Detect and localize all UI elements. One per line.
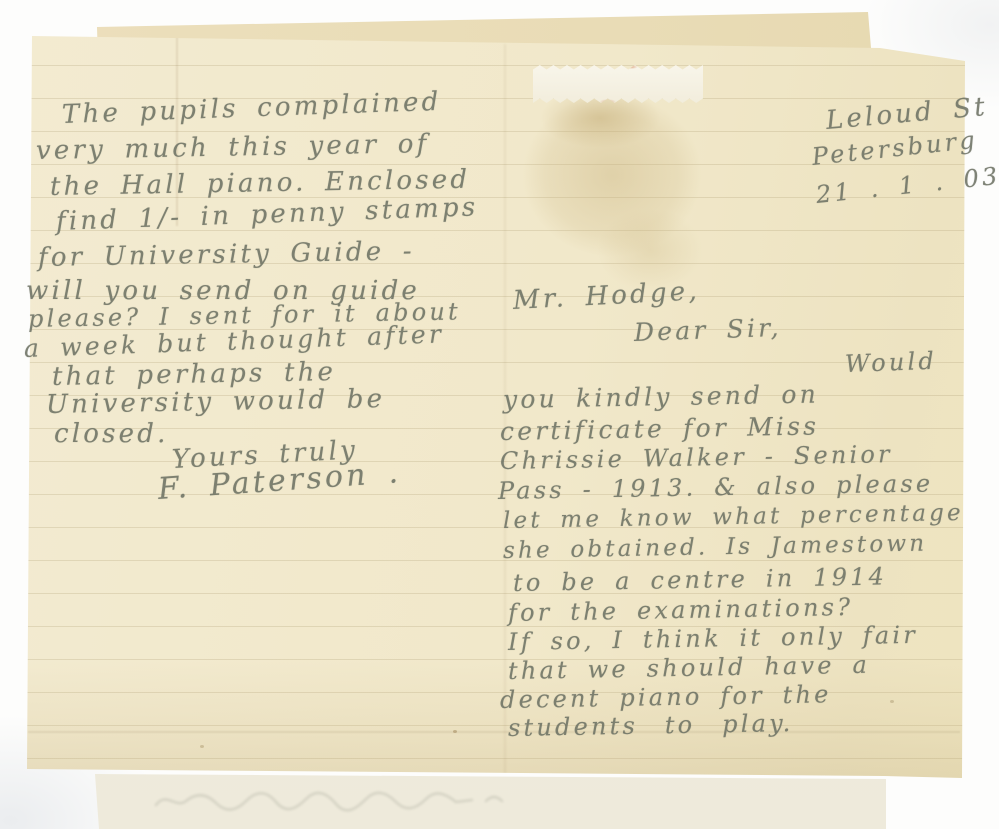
handwritten-line: Would xyxy=(845,347,938,378)
handwritten-line: students to play. xyxy=(508,709,794,742)
scanned-letter-page: The pupils complained very much this yea… xyxy=(0,0,999,829)
show-through-writing xyxy=(150,781,530,821)
handwritten-line: University would be xyxy=(46,384,386,420)
handwritten-line: you kindly send on xyxy=(503,379,819,414)
handwritten-line: closed. xyxy=(54,419,169,449)
paper-specks xyxy=(380,7,384,10)
salutation: Dear Sir, xyxy=(633,313,782,347)
handwritten-line: certificate for Miss xyxy=(500,411,820,446)
fold-crease-bottom xyxy=(28,731,960,733)
tape-strip xyxy=(533,65,703,103)
